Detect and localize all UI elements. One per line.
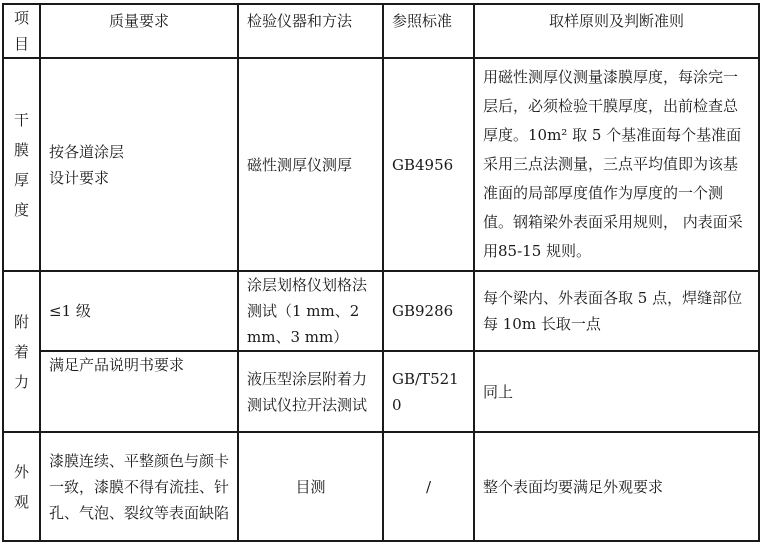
item-char: 外 — [8, 457, 35, 487]
item-char: 干 — [8, 105, 35, 135]
method-appearance: 目测 — [238, 432, 383, 541]
standard-dry-film: GB4956 — [383, 58, 474, 271]
item-appearance: 外 观 — [3, 432, 40, 541]
table-row-adhesion-1: 附 着 力 ≤1 级 涂层划格仪划格法测试（1 mm、2 mm、3 mm） GB… — [3, 271, 759, 351]
table-row-appearance: 外 观 漆膜连续、平整颜色与颜卡一致，漆膜不得有流挂、针孔、气泡、裂纹等表面缺陷… — [3, 432, 759, 541]
header-requirement: 质量要求 — [40, 4, 238, 58]
method-adhesion-2: 液压型涂层附着力测试仪拉开法测试 — [238, 351, 383, 432]
table-row-dry-film: 干 膜 厚 度 按各道涂层 设计要求 磁性测厚仪测厚 GB4956 用磁性测厚仪… — [3, 58, 759, 271]
item-char: 附 — [8, 307, 35, 337]
principle-adhesion-1: 每个梁内、外表面各取 5 点，焊缝部位每 10m 长取一点 — [474, 271, 759, 351]
method-adhesion-1: 涂层划格仪划格法测试（1 mm、2 mm、3 mm） — [238, 271, 383, 351]
header-standard: 参照标准 — [383, 4, 474, 58]
item-char: 膜 — [8, 135, 35, 165]
item-char: 度 — [8, 195, 35, 225]
header-method: 检验仪器和方法 — [238, 4, 383, 58]
requirement-adhesion-1: ≤1 级 — [40, 271, 238, 351]
table-row-adhesion-2: 满足产品说明书要求 液压型涂层附着力测试仪拉开法测试 GB/T5210 同上 — [3, 351, 759, 432]
header-principle: 取样原则及判断准则 — [474, 4, 759, 58]
standard-appearance: / — [383, 432, 474, 541]
item-adhesion: 附 着 力 — [3, 271, 40, 432]
requirement-dry-film: 按各道涂层 设计要求 — [40, 58, 238, 271]
principle-text: 用磁性测厚仪测量漆膜厚度，每涂完一层后，必须检验干膜厚度，出前检查总厚度。10m… — [483, 68, 743, 260]
item-char: 厚 — [8, 165, 35, 195]
header-row: 项目 质量要求 检验仪器和方法 参照标准 取样原则及判断准则 — [3, 4, 759, 58]
principle-appearance: 整个表面均要满足外观要求 — [474, 432, 759, 541]
requirement-adhesion-2: 满足产品说明书要求 — [40, 351, 238, 432]
standard-adhesion-1: GB9286 — [383, 271, 474, 351]
requirement-line: 设计要求 — [49, 165, 229, 191]
item-char: 力 — [8, 367, 35, 397]
item-char: 观 — [8, 487, 35, 517]
quality-inspection-table: 项目 质量要求 检验仪器和方法 参照标准 取样原则及判断准则 干 膜 厚 度 按… — [2, 3, 760, 542]
header-item: 项目 — [3, 4, 40, 58]
principle-adhesion-2: 同上 — [474, 351, 759, 432]
item-char: 着 — [8, 337, 35, 367]
requirement-appearance: 漆膜连续、平整颜色与颜卡一致，漆膜不得有流挂、针孔、气泡、裂纹等表面缺陷 — [40, 432, 238, 541]
standard-adhesion-2: GB/T5210 — [383, 351, 474, 432]
method-dry-film: 磁性测厚仪测厚 — [238, 58, 383, 271]
principle-dry-film: 用磁性测厚仪测量漆膜厚度，每涂完一层后，必须检验干膜厚度，出前检查总厚度。10m… — [474, 58, 759, 271]
item-dry-film: 干 膜 厚 度 — [3, 58, 40, 271]
header-item-label: 项目 — [14, 9, 29, 53]
requirement-line: 按各道涂层 — [49, 139, 229, 165]
